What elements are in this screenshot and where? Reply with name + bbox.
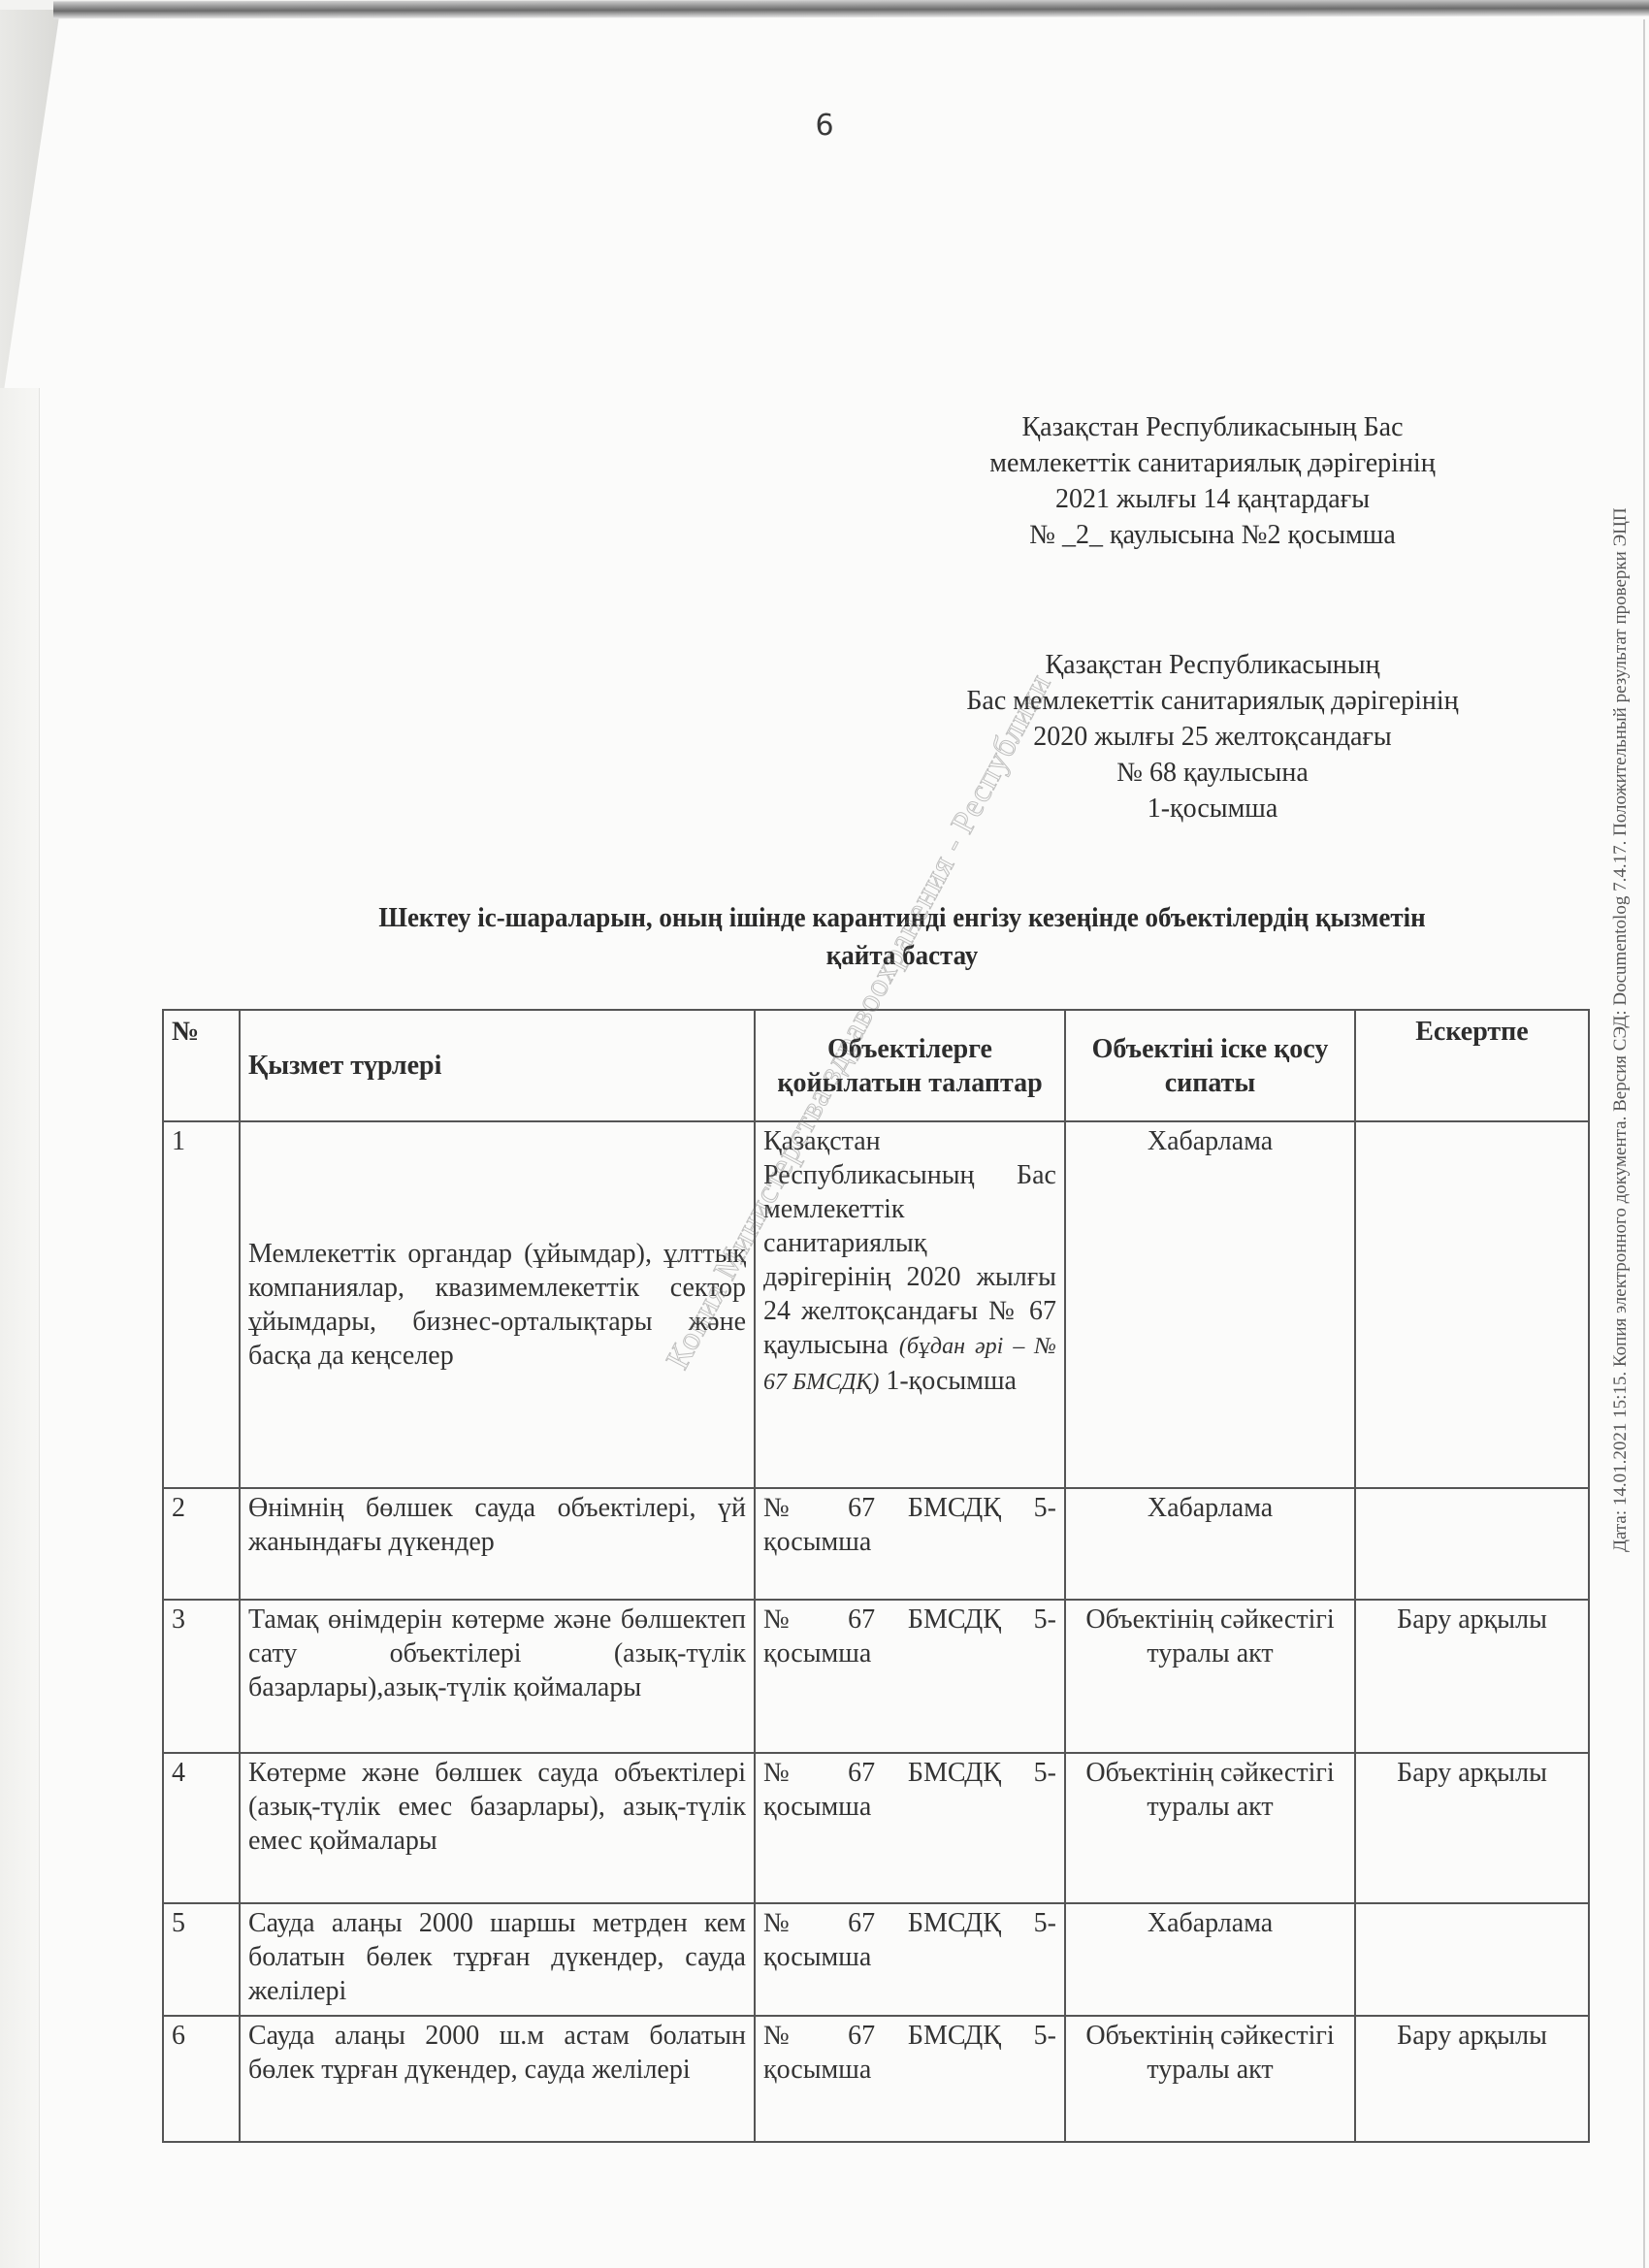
row-note: Бару арқылы — [1355, 1753, 1589, 1903]
table-row: 5 Сауда алаңы 2000 шаршы метрден кем бол… — [163, 1903, 1589, 2016]
header-launch-mode: Объектіні іске қосу сипаты — [1065, 1010, 1355, 1121]
row-num: 5 — [163, 1903, 240, 2016]
row-service: Мемлекеттік органдар (ұйымдар), ұлттық к… — [240, 1121, 755, 1488]
header-requirements: Объектілерге қойылатын талаптар — [755, 1010, 1065, 1121]
row-service: Сауда алаңы 2000 ш.м астам болатын бөлек… — [240, 2016, 755, 2142]
table-header-row: № Қызмет түрлері Объектілерге қойылатын … — [163, 1010, 1589, 1121]
row-service: Тамақ өнімдерін көтерме және бөлшектеп с… — [240, 1600, 755, 1753]
row-requirement: Қазақстан Республикасының Бас мемлекетті… — [755, 1121, 1065, 1488]
requirement-tail: 1-қосымша — [886, 1366, 1017, 1396]
document-title: Шектеу іс-шараларын, оның ішінде каранти… — [262, 899, 1543, 975]
row-num: 3 — [163, 1600, 240, 1753]
approval-line: Бас мемлекеттік санитариялық дәрігерінің — [921, 683, 1503, 719]
row-service: Көтерме және бөлшек сауда объектілері (а… — [240, 1753, 755, 1903]
scan-edge-right — [1643, 19, 1645, 2268]
table-row: 1 Мемлекеттік органдар (ұйымдар), ұлттық… — [163, 1121, 1589, 1488]
approval-line: Қазақстан Республикасының Бас — [931, 409, 1494, 445]
approval-block-2020: Қазақстан Республикасының Бас мемлекетті… — [921, 647, 1503, 826]
table-row: 2 Өнімнің бөлшек сауда объектілері, үй ж… — [163, 1488, 1589, 1600]
row-num: 4 — [163, 1753, 240, 1903]
row-num: 1 — [163, 1121, 240, 1488]
table-row: 3 Тамақ өнімдерін көтерме және бөлшектеп… — [163, 1600, 1589, 1753]
approval-line: № _2_ қаулысына №2 қосымша — [931, 517, 1494, 553]
table-row: 6 Сауда алаңы 2000 ш.м астам болатын бөл… — [163, 2016, 1589, 2142]
row-requirement: № 67 БМСДҚ 5-қосымша — [755, 1600, 1065, 1753]
row-requirement: № 67 БМСДҚ 5-қосымша — [755, 1488, 1065, 1600]
page-number: 6 — [0, 109, 1649, 143]
row-requirement: № 67 БМСДҚ 5-қосымша — [755, 2016, 1065, 2142]
approval-line: 2021 жылғы 14 қаңтардағы — [931, 481, 1494, 517]
requirement-text: Қазақстан Республикасының Бас мемлекетті… — [763, 1126, 1056, 1360]
row-launch-mode: Объектінің сәйкестігі туралы акт — [1065, 1600, 1355, 1753]
row-note: Бару арқылы — [1355, 2016, 1589, 2142]
row-num: 2 — [163, 1488, 240, 1600]
table-row: 4 Көтерме және бөлшек сауда объектілері … — [163, 1753, 1589, 1903]
title-line-1: Шектеу іс-шараларын, оның ішінде каранти… — [262, 899, 1543, 937]
row-requirement: № 67 БМСДҚ 5-қосымша — [755, 1753, 1065, 1903]
row-note — [1355, 1121, 1589, 1488]
row-service: Өнімнің бөлшек сауда объектілері, үй жан… — [240, 1488, 755, 1600]
header-num: № — [163, 1010, 240, 1121]
approval-line: 2020 жылғы 25 желтоқсандағы — [921, 719, 1503, 755]
row-num: 6 — [163, 2016, 240, 2142]
row-launch-mode: Хабарлама — [1065, 1488, 1355, 1600]
scan-gutter — [0, 388, 40, 2268]
row-service: Сауда алаңы 2000 шаршы метрден кем болат… — [240, 1903, 755, 2016]
row-launch-mode: Объектінің сәйкестігі туралы акт — [1065, 1753, 1355, 1903]
approval-block-2021: Қазақстан Республикасының Бас мемлекетті… — [931, 409, 1494, 553]
approval-line: 1-қосымша — [921, 791, 1503, 826]
header-service-types: Қызмет түрлері — [240, 1010, 755, 1121]
approval-line: Қазақстан Республикасының — [921, 647, 1503, 683]
row-note — [1355, 1488, 1589, 1600]
row-note: Бару арқылы — [1355, 1600, 1589, 1753]
row-note — [1355, 1903, 1589, 2016]
row-launch-mode: Объектінің сәйкестігі туралы акт — [1065, 2016, 1355, 2142]
title-line-2: қайта бастау — [262, 937, 1543, 975]
approval-line: № 68 қаулысына — [921, 755, 1503, 791]
edms-verification-stamp: Дата: 14.01.2021 15:15. Копия электронно… — [1610, 194, 1632, 1552]
row-launch-mode: Хабарлама — [1065, 1121, 1355, 1488]
header-note: Ескертпе — [1355, 1010, 1589, 1121]
approval-line: мемлекеттік санитариялық дәрігерінің — [931, 445, 1494, 481]
scan-edge-top — [53, 0, 1649, 18]
row-requirement: № 67 БМСДҚ 5-қосымша — [755, 1903, 1065, 2016]
requirements-table: № Қызмет түрлері Объектілерге қойылатын … — [162, 1009, 1590, 2143]
row-launch-mode: Хабарлама — [1065, 1903, 1355, 2016]
